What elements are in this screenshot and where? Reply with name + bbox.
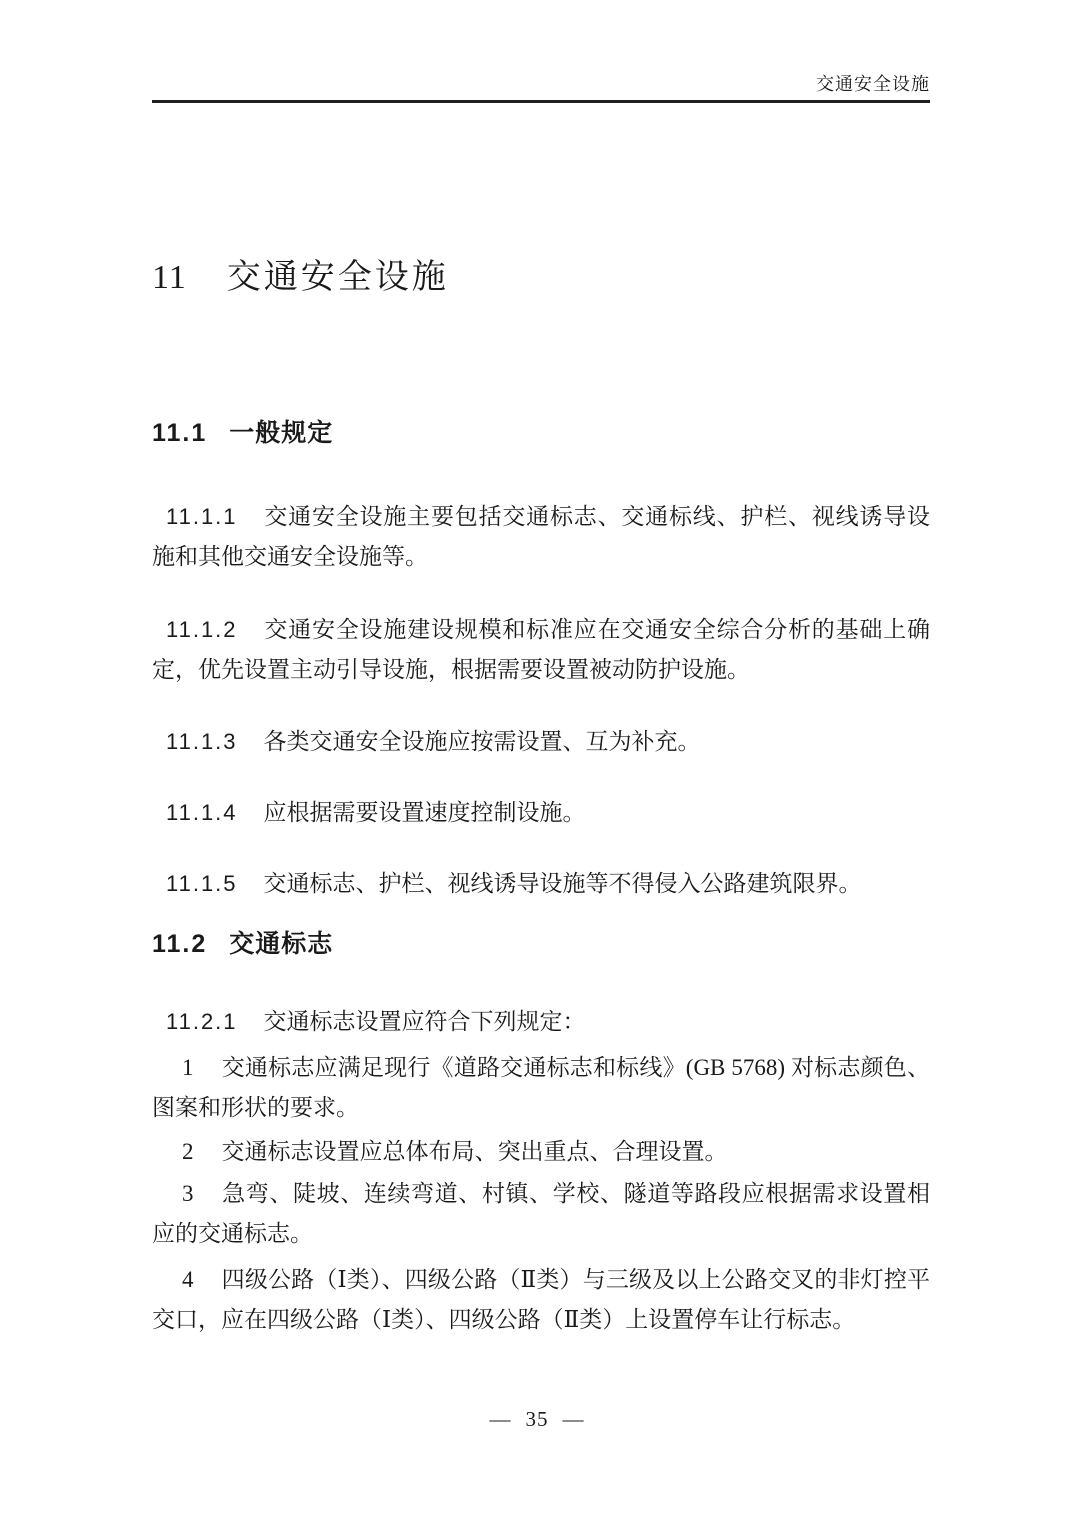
section-title: 交通标志 [229, 930, 333, 958]
item-number: 2 [182, 1139, 194, 1164]
clause-11-1-4: 11.1.4应根据需要设置速度控制设施。 [152, 793, 930, 833]
document-page: 交通安全设施 11交通安全设施 11.1一般规定 11.1.1交通安全设施主要包… [0, 0, 1074, 1520]
page-header: 交通安全设施 [152, 72, 930, 103]
clause-11-1-2: 11.1.2交通安全设施建设规模和标准应在交通安全综合分析的基础上确定，优先设置… [152, 610, 930, 690]
clause-number: 11.1.5 [166, 871, 238, 896]
page-number: 35 [526, 1407, 549, 1431]
clause-number: 11.1.4 [166, 800, 238, 825]
chapter-number: 11 [152, 259, 187, 296]
clause-11-2-1: 11.2.1交通标志设置应符合下列规定： [152, 1002, 930, 1042]
clause-text: 各类交通安全设施应按需设置、互为补充。 [264, 729, 701, 754]
clause-text: 交通安全设施建设规模和标准应在交通安全综合分析的基础上确定，优先设置主动引导设施… [152, 617, 930, 682]
item-text: 四级公路（Ⅰ类）、四级公路（Ⅱ类）与三级及以上公路交叉的非灯控平交口，应在四级公… [152, 1267, 930, 1332]
chapter-title: 交通安全设施 [227, 259, 449, 296]
section-heading-11-1: 11.1一般规定 [152, 417, 930, 449]
clause-number: 11.1.2 [166, 617, 238, 642]
item-number: 3 [182, 1181, 194, 1206]
item-text: 交通标志设置应总体布局、突出重点、合理设置。 [222, 1139, 728, 1164]
list-item-1: 1交通标志应满足现行《道路交通标志和标线》(GB 5768) 对标志颜色、图案和… [152, 1048, 930, 1128]
list-item-4: 4四级公路（Ⅰ类）、四级公路（Ⅱ类）与三级及以上公路交叉的非灯控平交口，应在四级… [152, 1260, 930, 1340]
chapter-heading: 11交通安全设施 [152, 257, 930, 299]
clause-text: 应根据需要设置速度控制设施。 [264, 800, 586, 825]
item-number: 1 [182, 1055, 194, 1080]
running-header-title: 交通安全设施 [816, 74, 930, 94]
item-text: 急弯、陡坡、连续弯道、村镇、学校、隧道等路段应根据需求设置相应的交通标志。 [152, 1181, 930, 1246]
clause-number: 11.1.1 [166, 504, 238, 529]
clause-11-1-3: 11.1.3各类交通安全设施应按需设置、互为补充。 [152, 722, 930, 762]
clause-11-1-1: 11.1.1交通安全设施主要包括交通标志、交通标线、护栏、视线诱导设施和其他交通… [152, 497, 930, 577]
section-number: 11.2 [152, 930, 207, 958]
footer-dash-right: — [563, 1407, 585, 1431]
clause-text: 交通标志设置应符合下列规定： [264, 1009, 586, 1034]
clause-text: 交通安全设施主要包括交通标志、交通标线、护栏、视线诱导设施和其他交通安全设施等。 [152, 504, 930, 569]
clause-number: 11.1.3 [166, 729, 238, 754]
clause-number: 11.2.1 [166, 1009, 238, 1034]
page-footer: —35— [0, 1407, 1074, 1432]
list-item-3: 3急弯、陡坡、连续弯道、村镇、学校、隧道等路段应根据需求设置相应的交通标志。 [152, 1174, 930, 1254]
clause-text: 交通标志、护栏、视线诱导设施等不得侵入公路建筑限界。 [264, 871, 862, 896]
footer-dash-left: — [490, 1407, 512, 1431]
list-item-2: 2交通标志设置应总体布局、突出重点、合理设置。 [152, 1132, 930, 1172]
item-text: 交通标志应满足现行《道路交通标志和标线》(GB 5768) 对标志颜色、图案和形… [152, 1055, 930, 1120]
section-heading-11-2: 11.2交通标志 [152, 928, 930, 960]
clause-11-1-5: 11.1.5交通标志、护栏、视线诱导设施等不得侵入公路建筑限界。 [152, 864, 930, 904]
item-number: 4 [182, 1267, 194, 1292]
section-number: 11.1 [152, 419, 207, 447]
section-title: 一般规定 [229, 419, 333, 447]
